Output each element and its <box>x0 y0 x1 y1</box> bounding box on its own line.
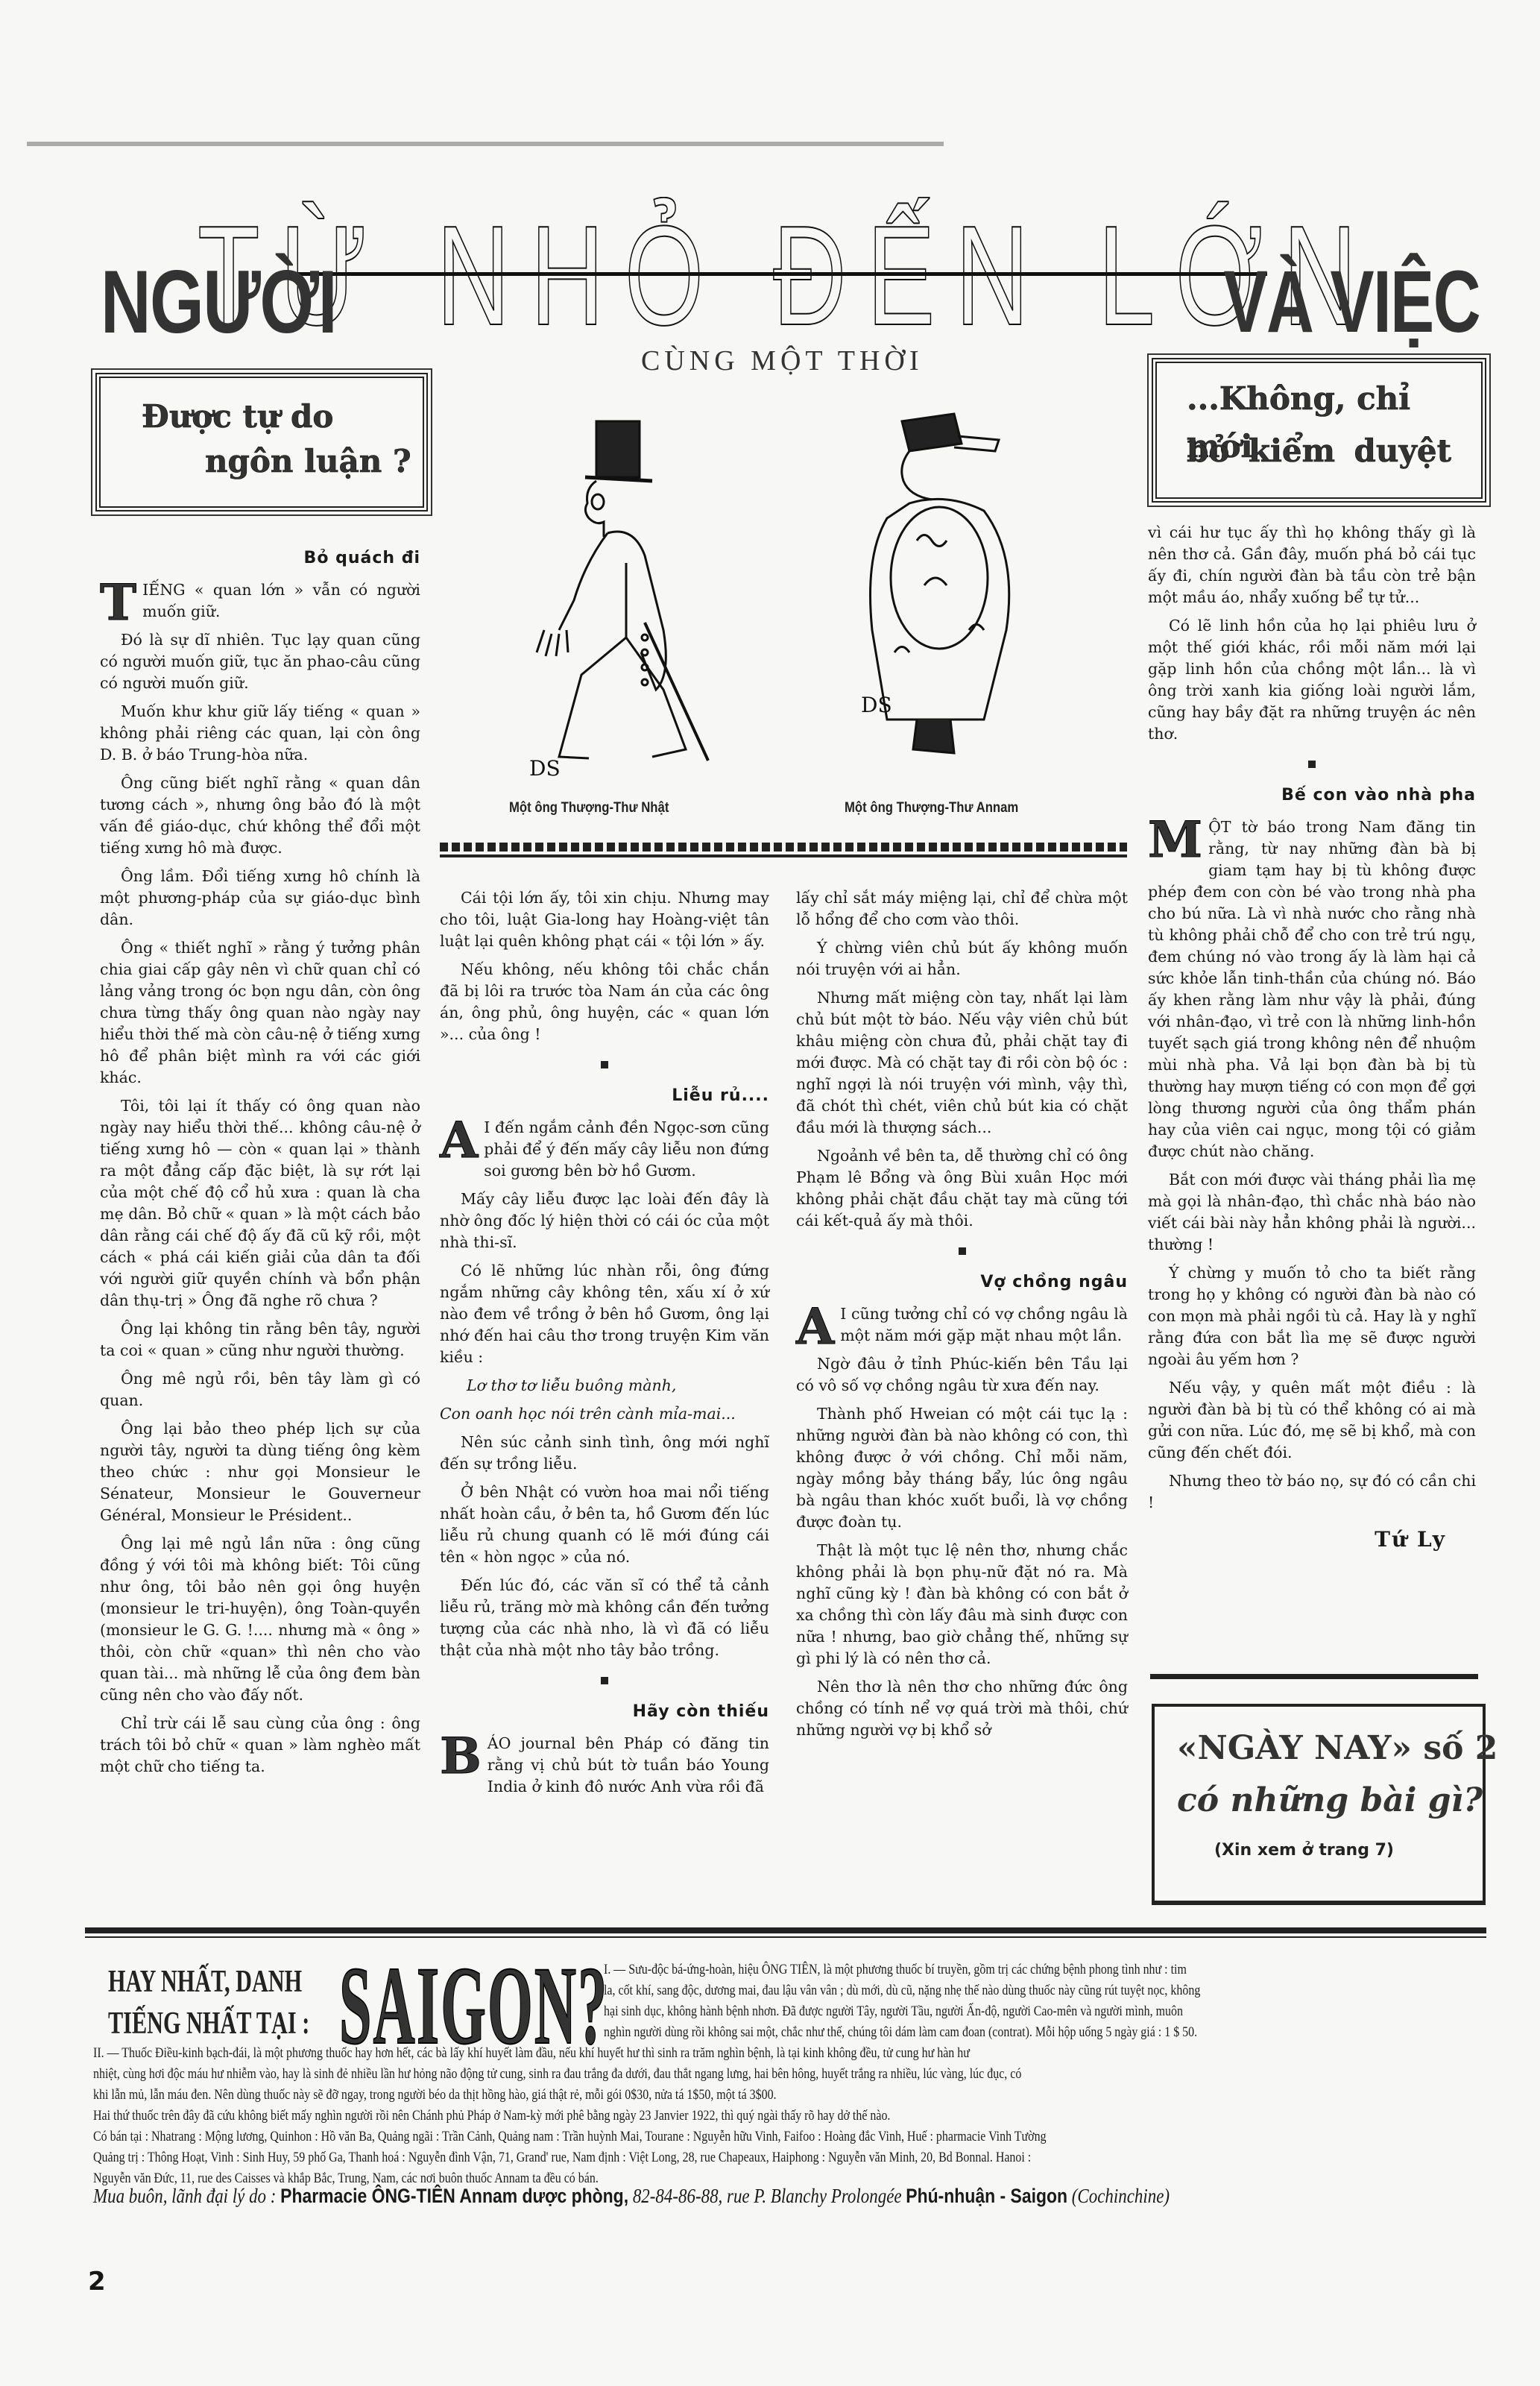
promo-box: «NGÀY NAY» số 2 có những bài gì? (Xin xe… <box>1152 1704 1486 1905</box>
promo-top-rule <box>1150 1674 1478 1679</box>
article-bo-quach-di: Bỏ quách đi TIẾNG « quan lớn » vẫn có ng… <box>100 537 420 1784</box>
paragraph: Ý chừng y muốn tỏ cho ta biết rằng trong… <box>1148 1262 1476 1370</box>
ad-line: hại sinh dục, không hành bệnh nhơn. Đã đ… <box>604 2001 1342 2022</box>
drop-cap: B <box>440 1735 482 1777</box>
drop-cap: A <box>796 1306 834 1347</box>
paragraph: Ông lại bảo theo phép lịch sự của người … <box>100 1418 420 1526</box>
column-3: lấy chỉ sắt máy miệng lại, chỉ để chừa m… <box>796 887 1128 1748</box>
ad-line: nhiệt, cùng hơi độc máu hư nhiễm vào, ha… <box>93 2064 1264 2085</box>
ornamental-rule-base <box>440 854 1127 857</box>
paragraph: Ở bên Nhật có vườn hoa mai nổi tiếng nhấ… <box>440 1482 769 1568</box>
paragraph: Ngoảnh về bên ta, dễ thường chỉ có ông P… <box>796 1145 1128 1232</box>
section-separator <box>1148 752 1476 774</box>
paragraph: lấy chỉ sắt máy miệng lại, chỉ để chừa m… <box>796 887 1128 931</box>
poem-line: Con oanh học nói trên cành mỉa-mai... <box>440 1403 769 1425</box>
paragraph: Nên thơ là nên thơ cho những đức ông chồ… <box>796 1676 1128 1741</box>
paragraph: Tôi, tôi lại ít thấy có ông quan nào ngà… <box>100 1095 420 1312</box>
paragraph: Ông mê ngủ rồi, bên tây làm gì có quan. <box>100 1368 420 1411</box>
paragraph: Nhưng mất miệng còn tay, nhất lại làm ch… <box>796 987 1128 1139</box>
drop-cap: A <box>440 1119 478 1161</box>
paragraph: Đến lúc đó, các văn sĩ có thể tả cảnh li… <box>440 1575 769 1661</box>
lead-text: ÁO journal bên Pháp có đăng tin rằng vị … <box>487 1734 769 1795</box>
paragraph: Cái tội lớn ấy, tôi xin chịu. Nhưng may … <box>440 887 769 952</box>
section-separator <box>796 1239 1128 1261</box>
poem-line: Lơ thơ tơ liễu buông mành, <box>440 1375 769 1397</box>
article-subhead: Bế con vào nhà pha <box>1148 784 1476 806</box>
masthead-title: TỪ NHỎ ĐẾN LỚN <box>198 201 1377 350</box>
paragraph: Đó là sự dĩ nhiên. Tục lạy quan cũng có … <box>100 629 420 694</box>
section-separator <box>440 1053 769 1074</box>
caption-japanese-minister: Một ông Thượng-Thư Nhật <box>509 800 669 816</box>
page-number: 2 <box>88 2267 106 2297</box>
paragraph: Ý chừng viên chủ bút ấy không muốn nói t… <box>796 937 1128 980</box>
paragraph: Muốn khư khư giữ lấy tiếng « quan » khôn… <box>100 701 420 766</box>
section-separator <box>440 1669 769 1690</box>
ad-line: nghìn người dùng rồi không sai một, chắc… <box>604 2022 1342 2043</box>
paragraph: Ngờ đâu ở tỉnh Phúc-kiến bên Tầu lại có … <box>796 1353 1128 1397</box>
ad-headline-line: TIẾNG NHẤT TẠI : <box>108 2003 309 2045</box>
headline-box-left: Được tự do ngôn luận ? <box>95 373 428 511</box>
ad-distributor-line: Mua buôn, lãnh đại lý do : Pharmacie ÔNG… <box>93 2185 1170 2208</box>
lead-text: IẾNG « quan lớn » vẫn có người muốn giữ. <box>142 581 420 620</box>
ad-line: II. — Thuốc Điều-kinh bạch-đái, là một p… <box>93 2043 1264 2064</box>
paragraph: Ông lầm. Đổi tiếng xưng hô chính là một … <box>100 866 420 931</box>
article-subhead: Bỏ quách đi <box>100 547 420 569</box>
article-subhead: Liễu rủ.... <box>440 1085 769 1107</box>
ad-footer-prefix: Mua buôn, lãnh đại lý do : <box>93 2185 280 2207</box>
headline-word: bỏ <box>1187 427 1229 475</box>
paragraph: vì cái hư tục ấy thì họ không thấy gì là… <box>1148 522 1476 608</box>
paragraph: Thật là một tục lệ nên thơ, nhưng chắc k… <box>796 1540 1128 1669</box>
paragraph: Ông lại mê ngủ lần nữa : ông cũng đồng ý… <box>100 1533 420 1706</box>
headline-box-right: ...Không, chỉ mới bỏ kiểm duyệt <box>1152 358 1486 503</box>
masthead-strike-line <box>283 272 1267 276</box>
paragraph: Ông lại không tin rằng bên tây, người ta… <box>100 1318 420 1362</box>
ad-headline-line: HAY NHẤT, DANH <box>108 1961 309 2003</box>
drop-cap: T <box>100 582 136 623</box>
ad-line: Quảng trị : Thông Hoạt, Vinh : Sinh Huy,… <box>93 2147 1264 2168</box>
ad-line: Hai thứ thuốc trên đây đã cứu không biết… <box>93 2106 1264 2127</box>
headline-word: kiểm <box>1249 427 1335 475</box>
svg-text:DS: DS <box>861 693 892 717</box>
article-subhead: Hãy còn thiếu <box>440 1701 769 1722</box>
promo-subtitle: có những bài gì? <box>1177 1781 1483 1819</box>
ad-item-1: I. — Sưu-độc bá-ứng-hoàn, hiệu ÔNG TIÊN,… <box>604 1960 1483 2043</box>
author-signature: Tứ Ly <box>1148 1529 1446 1550</box>
headline-right-line2: bỏ kiểm duyệt <box>1187 427 1451 475</box>
top-rule <box>27 142 944 146</box>
ad-item-2: II. — Thuốc Điều-kinh bạch-đái, là một p… <box>93 2043 1487 2189</box>
headline-word: duyệt <box>1354 427 1451 475</box>
headline-left-line1: Được tự do <box>142 393 333 441</box>
promo-title: «NGÀY NAY» số 2 <box>1177 1729 1498 1767</box>
ad-footer-city: Phú-nhuận - Saigon <box>906 2185 1067 2207</box>
ad-line: I. — Sưu-độc bá-ứng-hoàn, hiệu ÔNG TIÊN,… <box>604 1960 1342 1980</box>
paragraph: Bắt con mới được vài tháng phải lìa mẹ m… <box>1148 1169 1476 1256</box>
paragraph: Có lẽ những lúc nhàn rỗi, ông đứng ngắm … <box>440 1260 769 1368</box>
paragraph: Nếu vậy, y quên mất một điều : là người … <box>1148 1377 1476 1464</box>
paragraph: Thành phố Hweian có một cái tục lạ : nhữ… <box>796 1403 1128 1533</box>
drop-cap: M <box>1148 819 1202 860</box>
ad-footer-region: (Cochinchine) <box>1067 2185 1170 2207</box>
column-2: Cái tội lớn ấy, tôi xin chịu. Nhưng may … <box>440 887 769 1804</box>
annamese-minister-illustration: DS <box>857 406 1051 757</box>
paragraph: Có lẽ linh hồn của họ lại phiêu lưu ở mộ… <box>1148 615 1476 745</box>
japanese-minister-illustration: DS <box>514 406 760 779</box>
ad-top-rule <box>85 1927 1486 1933</box>
ad-headline: HAY NHẤT, DANH TIẾNG NHẤT TẠI : <box>108 1961 309 2045</box>
paragraph: Mấy cây liễu được lạc loài đến đây là nh… <box>440 1189 769 1253</box>
ad-top-rule-thin <box>85 1936 1486 1938</box>
paragraph: Ông « thiết nghĩ » rằng ý tưởng phân chi… <box>100 937 420 1089</box>
lead-text: I đến ngắm cảnh đền Ngọc-sơn cũng phải đ… <box>484 1118 769 1180</box>
cartoon-title: CÙNG MỘT THỜI <box>641 344 924 377</box>
ad-line: Có bán tại : Nhatrang : Mộng lương, Quin… <box>93 2127 1264 2147</box>
column-4: vì cái hư tục ấy thì họ không thấy gì là… <box>1148 522 1476 1550</box>
paragraph: Nhưng theo tờ báo nọ, sự đó có cần chi ! <box>1148 1470 1476 1514</box>
paragraph: Nếu không, nếu không tôi chắc chắn đã bị… <box>440 959 769 1045</box>
ad-footer-store: Pharmacie ÔNG-TIÊN Annam dược phòng, <box>280 2185 628 2207</box>
article-subhead: Vợ chồng ngâu <box>796 1271 1128 1293</box>
paragraph: Nên súc cảnh sinh tình, ông mới nghĩ đến… <box>440 1432 769 1475</box>
ad-line: la, cốt khí, sang độc, dương mai, đau lậ… <box>604 1980 1342 2001</box>
ad-line: khi lẫn mủ, lẫn máu đen. Nên dùng thuốc … <box>93 2085 1264 2106</box>
ad-footer-address: 82-84-86-88, rue P. Blanchy Prolongée <box>628 2185 906 2207</box>
masthead: TỪ NHỎ ĐẾN LỚN NGƯỜI VÀ VIỆC <box>101 201 1480 350</box>
promo-page-reference: (Xin xem ở trang 7) <box>1214 1841 1394 1860</box>
svg-text:DS: DS <box>529 756 561 779</box>
ornamental-rule <box>440 843 1127 852</box>
caption-annamese-minister: Một ông Thượng-Thư Annam <box>845 800 1018 816</box>
masthead-right-word: VÀ VIỆC <box>1223 254 1480 350</box>
lead-text: I cũng tưởng chỉ có vợ chồng ngâu là một… <box>840 1305 1128 1344</box>
paragraph: Chỉ trừ cái lễ sau cùng của ông : ông tr… <box>100 1713 420 1778</box>
headline-left-line2: ngôn luận ? <box>205 438 411 485</box>
paragraph: Ông cũng biết nghĩ rằng « quan dân tương… <box>100 772 420 859</box>
masthead-left-word: NGƯỜI <box>101 254 336 350</box>
lead-text: ỘT tờ báo trong Nam đăng tin rằng, từ na… <box>1148 818 1476 1160</box>
